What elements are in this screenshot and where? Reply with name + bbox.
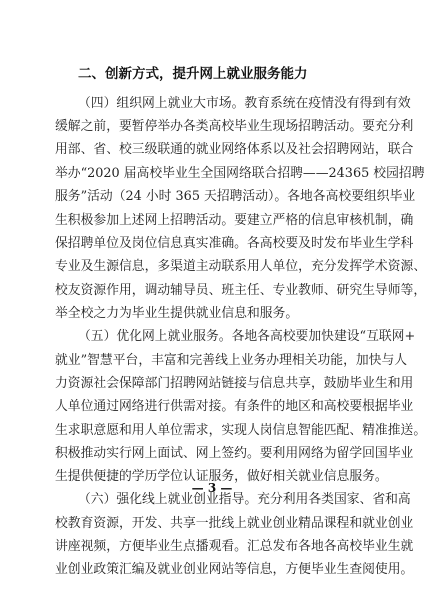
- para-4-line-10: 举全校之力为毕业生提供就业信息和服务。: [55, 304, 369, 324]
- para-4-line-5: 服务”活动（24 小时 365 天招聘活动）。各地各高校要组织毕业: [55, 187, 369, 207]
- para-4-line-8: 专业及生源信息，多渠道主动联系用人单位，充分发挥学术资源、: [55, 257, 369, 277]
- para-5-line-4: 人单位通过网络进行供需对接。有条件的地区和高校要根据毕业: [55, 397, 369, 417]
- para-4-line-6: 生积极参加上述网上招聘活动。要建立严格的信息审核机制，确: [55, 211, 369, 231]
- para-5-line-2: 就业”智慧平台，丰富和完善线上业务办理相关功能，加快与人: [55, 351, 369, 371]
- para-6-line-3: 讲座视频，方便毕业生点播观看。汇总发布各地各高校毕业生就: [55, 537, 369, 557]
- para-5-line-3: 力资源社会保障部门招聘网站链接与信息共享，鼓励毕业生和用: [55, 374, 369, 394]
- para-4-line-4: 举办“2020 届高校毕业生全国网络联合招聘——24365 校园招聘: [55, 164, 369, 184]
- page-number: — 3 —: [0, 481, 424, 495]
- para-6-line-4: 业创业政策汇编及就业创业网站等信息，方便毕业生查阅使用。: [55, 560, 369, 580]
- para-4-line-2: 缓解之前，要暂停举办各类高校毕业生现场招聘活动。要充分利: [55, 117, 369, 137]
- document-page: 二、创新方式，提升网上就业服务能力 （四）组织网上就业大市场。教育系统在疫情没有…: [0, 0, 424, 600]
- para-5-line-6: 积极推动实行网上面试、网上签约。要利用网络为留学回国毕业: [55, 444, 369, 464]
- para-4-line-1: （四）组织网上就业大市场。教育系统在疫情没有得到有效: [78, 94, 369, 114]
- para-6-line-2: 校教育资源，开发、共享一批线上就业创业精品课程和就业创业: [55, 514, 369, 534]
- para-5-line-1: （五）优化网上就业服务。各地各高校要加快建设“互联网+: [78, 327, 369, 347]
- para-4-line-7: 保招聘单位及岗位信息真实准确。各高校要及时发布毕业生学科: [55, 234, 369, 254]
- para-5-line-5: 生求职意愿和用人单位需求，实现人岗信息智能匹配、精准推送。: [55, 421, 369, 441]
- section-heading: 二、创新方式，提升网上就业服务能力: [78, 64, 308, 84]
- para-4-line-3: 用部、省、校三级联通的就业网络体系以及社会招聘网站，联合: [55, 140, 369, 160]
- para-4-line-9: 校友资源作用，调动辅导员、班主任、专业教师、研究生导师等，: [55, 281, 369, 301]
